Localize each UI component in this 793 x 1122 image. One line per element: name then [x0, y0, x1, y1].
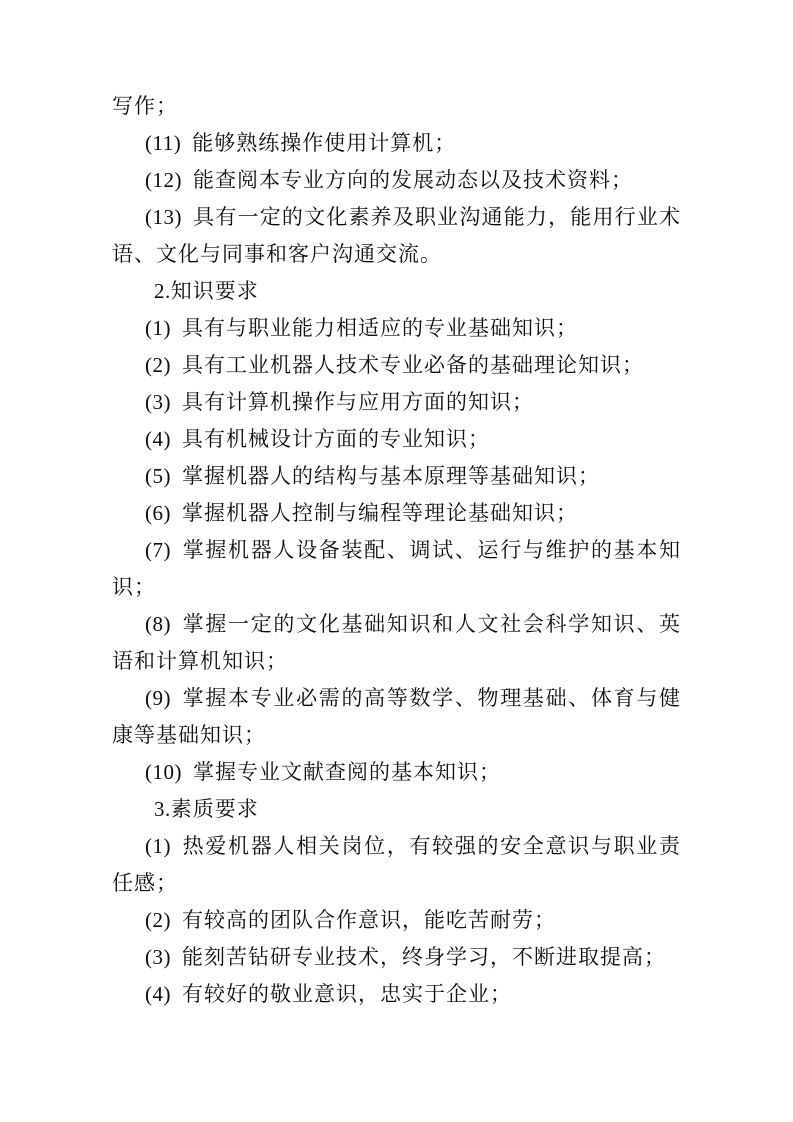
item-text: 能刻苦钻研专业技术，终身学习，不断进取提高；: [182, 946, 666, 969]
item-number: (13): [145, 205, 193, 229]
item-number: (10): [145, 760, 193, 784]
item-number: 2.: [154, 279, 171, 303]
item-number: (4): [145, 427, 182, 451]
document-page: 写作；(11)能够熟练操作使用计算机；(12)能查阅本专业方向的发展动态以及技术…: [0, 0, 793, 1122]
list-item: (2)有较高的团队合作意识，能吃苦耐劳；: [112, 902, 681, 939]
item-number: 3.: [154, 797, 171, 821]
paragraph: 写作；: [112, 88, 681, 125]
item-text: 能查阅本专业方向的发展动态以及技术资料；: [193, 169, 633, 192]
list-item: (12)能查阅本专业方向的发展动态以及技术资料；: [112, 162, 681, 199]
item-number: (1): [145, 834, 182, 858]
item-number: (5): [145, 464, 182, 488]
item-text: 掌握机器人设备装配、调试、运行与维护的基本知识；: [112, 539, 681, 599]
item-number: (2): [145, 353, 182, 377]
item-text: 掌握一定的文化基础知识和人文社会科学知识、英语和计算机知识；: [112, 613, 681, 673]
item-number: (2): [145, 908, 182, 932]
list-item: (11)能够熟练操作使用计算机；: [112, 125, 681, 162]
item-number: (4): [145, 982, 182, 1006]
list-item: (3)能刻苦钻研专业技术，终身学习，不断进取提高；: [112, 939, 681, 976]
item-text: 掌握专业文献查阅的基本知识；: [193, 761, 501, 784]
item-number: (3): [145, 945, 182, 969]
list-item: (5)掌握机器人的结构与基本原理等基础知识；: [112, 458, 681, 495]
list-item: (1)具有与职业能力相适应的专业基础知识；: [112, 310, 681, 347]
item-text: 掌握机器人的结构与基本原理等基础知识；: [182, 465, 600, 488]
item-text: 有较好的敬业意识，忠实于企业；: [182, 983, 512, 1006]
list-item: (8)掌握一定的文化基础知识和人文社会科学知识、英语和计算机知识；: [112, 606, 681, 680]
list-item: (4)有较好的敬业意识，忠实于企业；: [112, 976, 681, 1013]
item-number: (1): [145, 316, 182, 340]
item-text: 具有与职业能力相适应的专业基础知识；: [182, 317, 578, 340]
item-text: 能够熟练操作使用计算机；: [192, 132, 456, 155]
list-item: (7)掌握机器人设备装配、调试、运行与维护的基本知识；: [112, 532, 681, 606]
list-item: (13)具有一定的文化素养及职业沟通能力，能用行业术语、文化与同事和客户沟通交流…: [112, 199, 681, 273]
item-text: 具有机械设计方面的专业知识；: [182, 428, 490, 451]
item-number: (11): [145, 131, 192, 155]
item-text: 写作；: [112, 95, 178, 118]
item-text: 掌握机器人控制与编程等理论基础知识；: [182, 502, 578, 525]
item-number: (7): [145, 538, 182, 562]
list-item: (3)具有计算机操作与应用方面的知识；: [112, 384, 681, 421]
section-heading: 3.素质要求: [112, 791, 681, 828]
list-item: (2)具有工业机器人技术专业必备的基础理论知识；: [112, 347, 681, 384]
item-number: (8): [145, 612, 182, 636]
list-item: (10)掌握专业文献查阅的基本知识；: [112, 754, 681, 791]
item-text: 掌握本专业必需的高等数学、物理基础、体育与健康等基础知识；: [112, 687, 681, 747]
item-text: 热爱机器人相关岗位，有较强的安全意识与职业责任感；: [112, 835, 681, 895]
item-number: (12): [145, 168, 193, 192]
list-item: (9)掌握本专业必需的高等数学、物理基础、体育与健康等基础知识；: [112, 680, 681, 754]
item-text: 具有计算机操作与应用方面的知识；: [182, 391, 534, 414]
item-number: (6): [145, 501, 182, 525]
item-text: 具有一定的文化素养及职业沟通能力，能用行业术语、文化与同事和客户沟通交流。: [112, 206, 681, 266]
item-text: 知识要求: [171, 280, 259, 303]
section-heading: 2.知识要求: [112, 273, 681, 310]
item-text: 具有工业机器人技术专业必备的基础理论知识；: [182, 354, 644, 377]
list-item: (1)热爱机器人相关岗位，有较强的安全意识与职业责任感；: [112, 828, 681, 902]
item-text: 有较高的团队合作意识，能吃苦耐劳；: [182, 909, 556, 932]
item-number: (3): [145, 390, 182, 414]
list-item: (4)具有机械设计方面的专业知识；: [112, 421, 681, 458]
item-text: 素质要求: [171, 798, 259, 821]
list-item: (6)掌握机器人控制与编程等理论基础知识；: [112, 495, 681, 532]
item-number: (9): [145, 686, 182, 710]
